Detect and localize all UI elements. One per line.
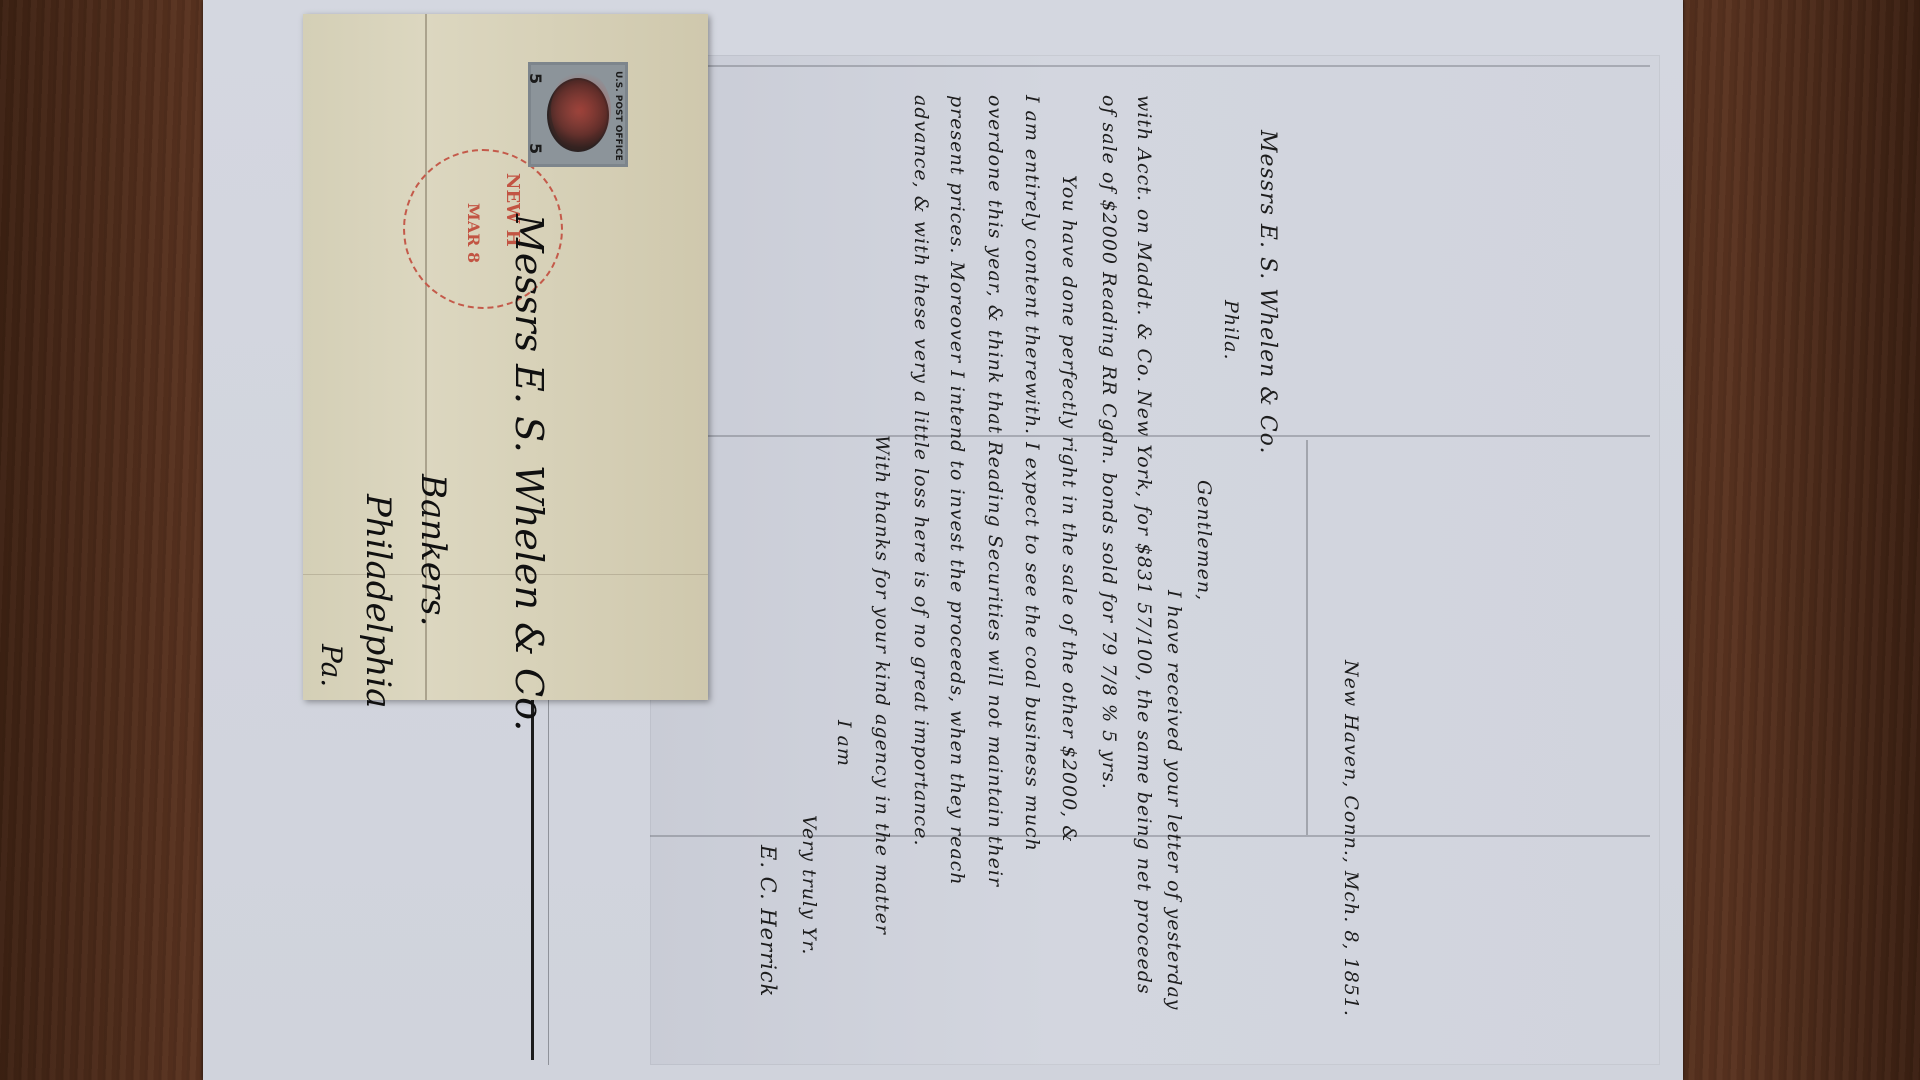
letter-signature: E. C. Herrick xyxy=(756,845,780,997)
stamp-denomination-right: 5 xyxy=(526,143,545,154)
letter-dateline: New Haven, Conn., Mch. 8, 1851. xyxy=(1340,660,1362,1017)
envelope-address-line2: Bankers. xyxy=(413,474,453,626)
letter-addressee-line1: Messrs E. S. Whelen & Co. xyxy=(1255,130,1280,455)
letter-body-line: present prices. Moreover I intend to inv… xyxy=(946,95,968,886)
envelope-address-line3: Philadelphia xyxy=(358,494,398,708)
letter-fold-line xyxy=(650,65,1650,67)
letter-addressee-line2: Phila. xyxy=(1220,300,1242,361)
envelope-address-line1: Messrs E. S. Whelen & Co. xyxy=(507,214,551,731)
postage-stamp: U.S. POST OFFICE 5 5 xyxy=(528,62,628,167)
stamp-red-cancel xyxy=(551,70,611,150)
postmark-date: MAR 8 xyxy=(464,203,483,263)
letter-body-line: With thanks for your kind agency in the … xyxy=(871,435,893,935)
stamp-denomination-left: 5 xyxy=(526,73,545,84)
letter-body-line: of sale of $2000 Reading RR Cgdn. bonds … xyxy=(1098,95,1120,790)
envelope-cover: NEW H MAR 8 U.S. POST OFFICE 5 5 Messrs … xyxy=(303,14,708,700)
letter-body-line: I have received your letter of yesterday xyxy=(1163,590,1185,1011)
pen-line-divider xyxy=(531,700,534,1060)
stamp-top-text: U.S. POST OFFICE xyxy=(613,71,623,161)
letter-salutation: Gentlemen, xyxy=(1193,480,1215,601)
letter-body-line: You have done perfectly right in the sal… xyxy=(1058,175,1080,843)
envelope-address-line4: Pa. xyxy=(315,644,348,687)
letter-body-line: I am entirely content therewith. I expec… xyxy=(1021,95,1043,852)
letter-sheet: New Haven, Conn., Mch. 8, 1851. Messrs E… xyxy=(650,55,1660,1065)
letter-body-line: advance, & with these very a little loss… xyxy=(910,95,932,846)
letter-body-line: overdone this year, & think that Reading… xyxy=(984,95,1006,887)
letter-fold-line xyxy=(1306,440,1308,835)
letter-body-line: with Acct. on Maddt. & Co. New York, for… xyxy=(1133,95,1155,995)
letter-closing-line1: I am xyxy=(833,720,855,767)
letter-closing-line2: Very truly Yr. xyxy=(798,815,820,955)
